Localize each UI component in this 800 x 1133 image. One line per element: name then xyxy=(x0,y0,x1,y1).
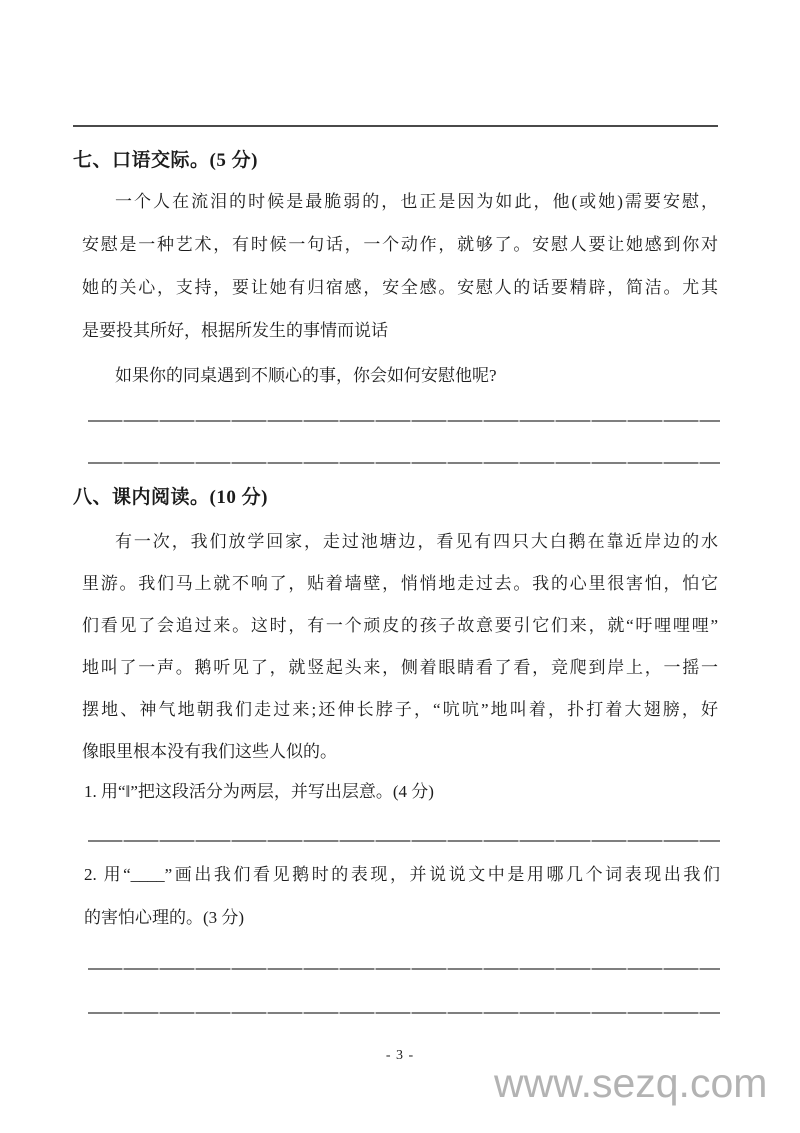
prompt-line: 如果你的同桌遇到不顺心的事，你会如何安慰他呢? xyxy=(82,354,718,397)
header-divider xyxy=(73,125,718,127)
paragraph-line: 她的关心，支持，要让她有归宿感，安全感。安慰人的话要精辟，简洁。尤其 xyxy=(82,266,718,309)
paragraph-line: 摆地、神气地朝我们走过来;还伸长脖子，“吭吭”地叫着，扑打着大翅膀，好 xyxy=(82,689,718,731)
answer-line xyxy=(88,1012,720,1014)
section-8-question-2: 2. 用“____”画出我们看见鹅时的表现，并说说文中是用哪几个词表现出我们 的… xyxy=(84,853,720,939)
section-7-prompt: 如果你的同桌遇到不顺心的事，你会如何安慰他呢? xyxy=(82,354,718,397)
question-line: 的害怕心理的。(3 分) xyxy=(84,896,720,939)
paragraph-line: 们看见了会追过来。这时，有一个顽皮的孩子故意要引它们来，就“吁哩哩哩” xyxy=(82,605,718,647)
paragraph-line: 有一次，我们放学回家，走过池塘边，看见有四只大白鹅在靠近岸边的水 xyxy=(82,521,718,563)
question-line: 1. 用“‖”把这段活分为两层，并写出层意。(4 分) xyxy=(84,770,720,813)
question-line: 2. 用“____”画出我们看见鹅时的表现，并说说文中是用哪几个词表现出我们 xyxy=(84,853,720,896)
answer-line xyxy=(88,462,720,464)
answer-line xyxy=(88,968,720,970)
section-8-question-1: 1. 用“‖”把这段活分为两层，并写出层意。(4 分) xyxy=(84,770,720,813)
paragraph-line: 像眼里根本没有我们这些人似的。 xyxy=(82,731,718,773)
section-8-passage: 有一次，我们放学回家，走过池塘边，看见有四只大白鹅在靠近岸边的水 里游。我们马上… xyxy=(82,521,718,773)
paragraph-line: 是要投其所好，根据所发生的事情而说话 xyxy=(82,309,718,352)
paragraph-line: 一个人在流泪的时候是最脆弱的，也正是因为如此，他(或她)需要安慰， xyxy=(82,180,718,223)
section-7-heading: 七、口语交际。(5 分) xyxy=(73,148,258,173)
paragraph-line: 地叫了一声。鹅听见了，就竖起头来，侧着眼睛看了看，竞爬到岸上，一摇一 xyxy=(82,647,718,689)
section-8-heading: 八、课内阅读。(10 分) xyxy=(73,485,268,510)
test-paper-page: 七、口语交际。(5 分) 一个人在流泪的时候是最脆弱的，也正是因为如此，他(或她… xyxy=(0,0,800,1133)
paragraph-line: 安慰是一种艺术，有时候一句话，一个动作，就够了。安慰人要让她感到你对 xyxy=(82,223,718,266)
answer-line xyxy=(88,420,720,422)
paragraph-line: 里游。我们马上就不响了，贴着墙壁，悄悄地走过去。我的心里很害怕，怕它 xyxy=(82,563,718,605)
section-7-paragraph: 一个人在流泪的时候是最脆弱的，也正是因为如此，他(或她)需要安慰， 安慰是一种艺… xyxy=(82,180,718,352)
answer-line xyxy=(88,840,720,842)
watermark-text: www.sezq.com xyxy=(494,1060,767,1107)
